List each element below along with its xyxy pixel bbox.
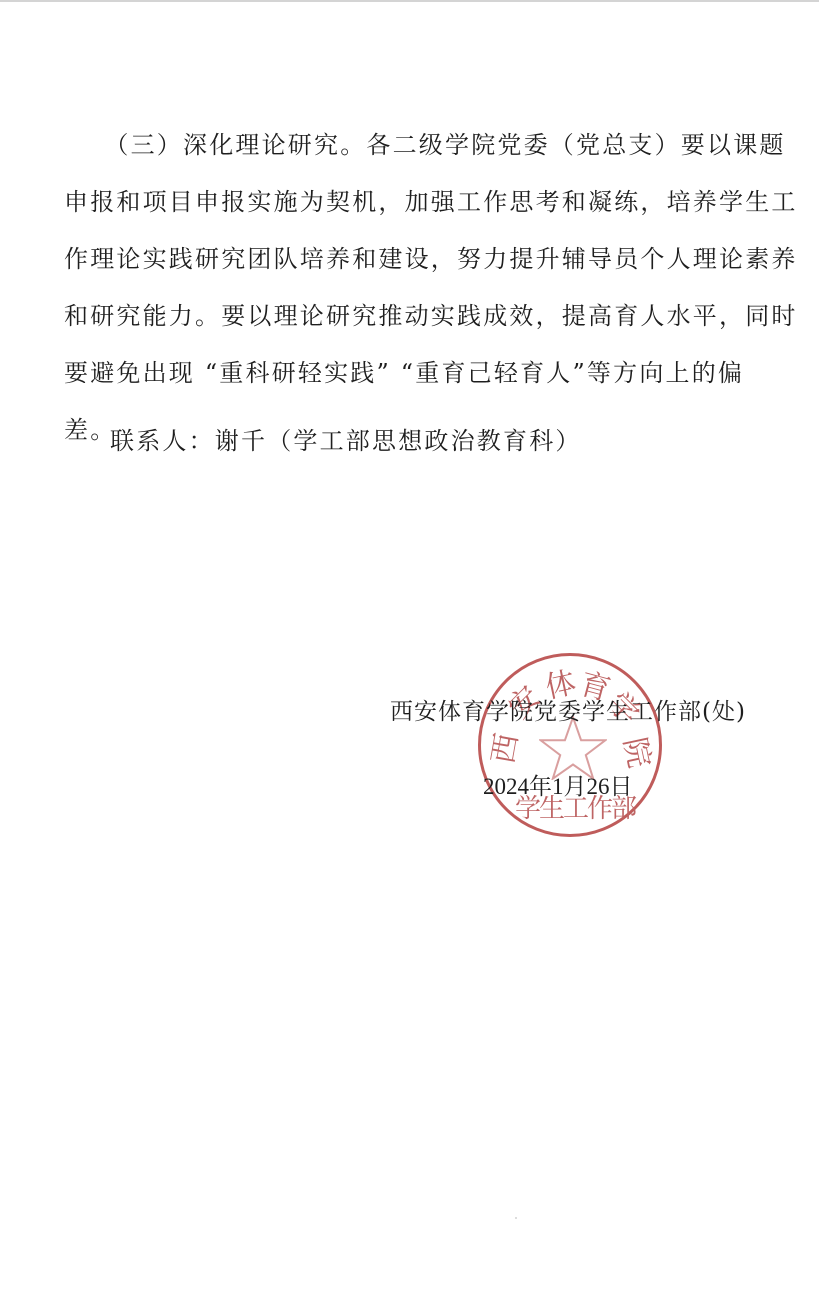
official-seal: 西 安 体 育 学 院 学生工作部 <box>478 653 662 837</box>
signing-date: 2024年1月26日 <box>483 768 633 801</box>
seal-char: 西 <box>478 729 527 766</box>
paragraph-line: 申报和项目申报实施为契机，加强工作思考和凝练，培养学生工 <box>64 174 754 231</box>
body-paragraph: （三）深化理论研究。各二级学院党委（党总支）要以课题 申报和项目申报实施为契机，… <box>64 117 754 459</box>
paragraph-line: 要避免出现 “重科研轻实践” “重育己轻育人”等方向上的偏 <box>64 345 754 402</box>
paragraph-line: 和研究能力。要以理论研究推动实践成效，提高育人水平，同时 <box>64 288 754 345</box>
seal-char: 院 <box>615 733 664 771</box>
speck <box>515 1217 517 1219</box>
contact-line: 联系人：谢千（学工部思想政治教育科） <box>110 421 582 456</box>
signing-organization: 西安体育学院党委学生工作部(处) <box>390 693 746 726</box>
top-border <box>0 0 819 2</box>
paragraph-line: （三）深化理论研究。各二级学院党委（党总支）要以课题 <box>64 117 754 174</box>
paragraph-line: 作理论实践研究团队培养和建设，努力提升辅导员个人理论素养 <box>64 231 754 288</box>
